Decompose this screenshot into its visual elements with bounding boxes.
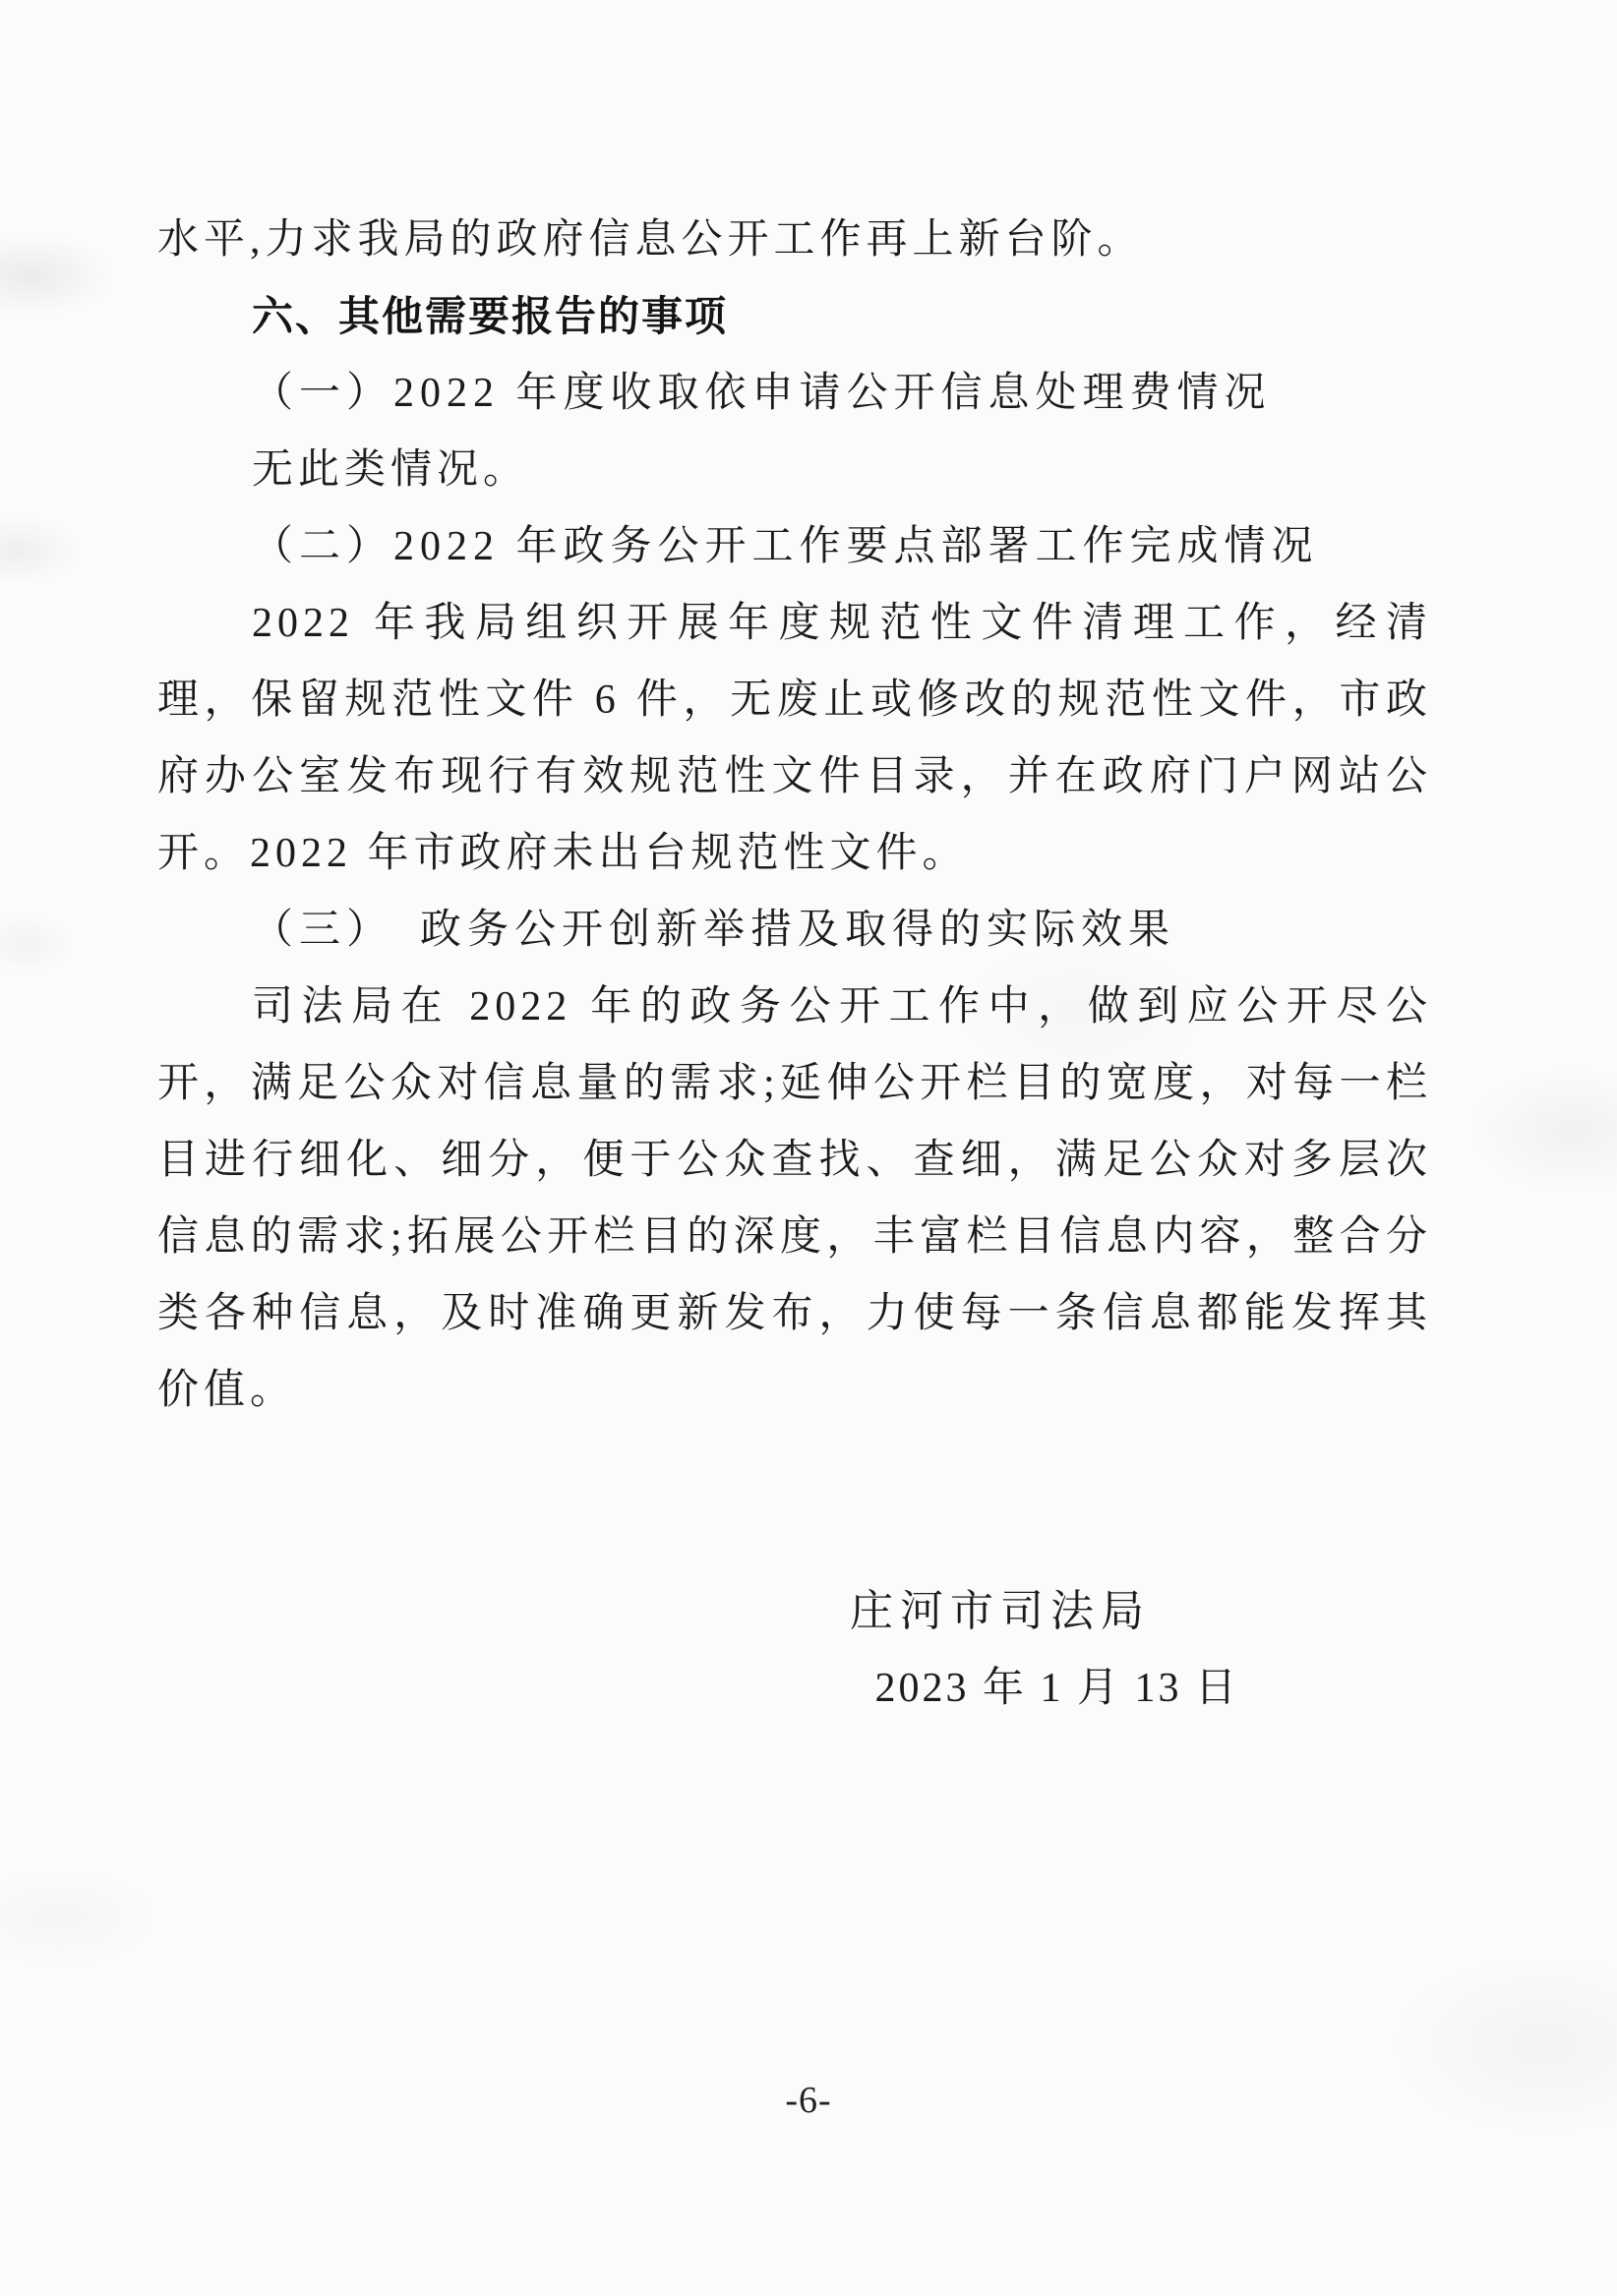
paragraph-innovation-results: 司法局在 2022 年的政务公开工作中，做到应公开尽公开，满足公众对信息量的需求…: [157, 969, 1432, 1429]
sub-heading-3: （三） 政务公开创新举措及取得的实际效果: [157, 892, 1432, 969]
signature-org: 庄河市司法局: [0, 1573, 1617, 1650]
document-body: 水平,力求我局的政府信息公开工作再上新台阶。 六、其他需要报告的事项 （一）20…: [157, 202, 1432, 1429]
paragraph-continuation: 水平,力求我局的政府信息公开工作再上新台阶。: [157, 202, 1432, 278]
signature-date: 2023 年 1 月 13 日: [0, 1650, 1617, 1727]
paragraph-no-such-case: 无此类情况。: [157, 432, 1432, 508]
sub-heading-2: （二）2022 年政务公开工作要点部署工作完成情况: [157, 508, 1432, 585]
signature-block: 庄河市司法局 2023 年 1 月 13 日: [0, 1573, 1617, 1727]
paragraph-normative-documents: 2022 年我局组织开展年度规范性文件清理工作，经清理，保留规范性文件 6 件，…: [157, 585, 1432, 892]
section-heading-6: 六、其他需要报告的事项: [157, 278, 1432, 355]
page-number: -6-: [0, 2071, 1617, 2130]
sub-heading-1: （一）2022 年度收取依申请公开信息处理费情况: [157, 355, 1432, 432]
